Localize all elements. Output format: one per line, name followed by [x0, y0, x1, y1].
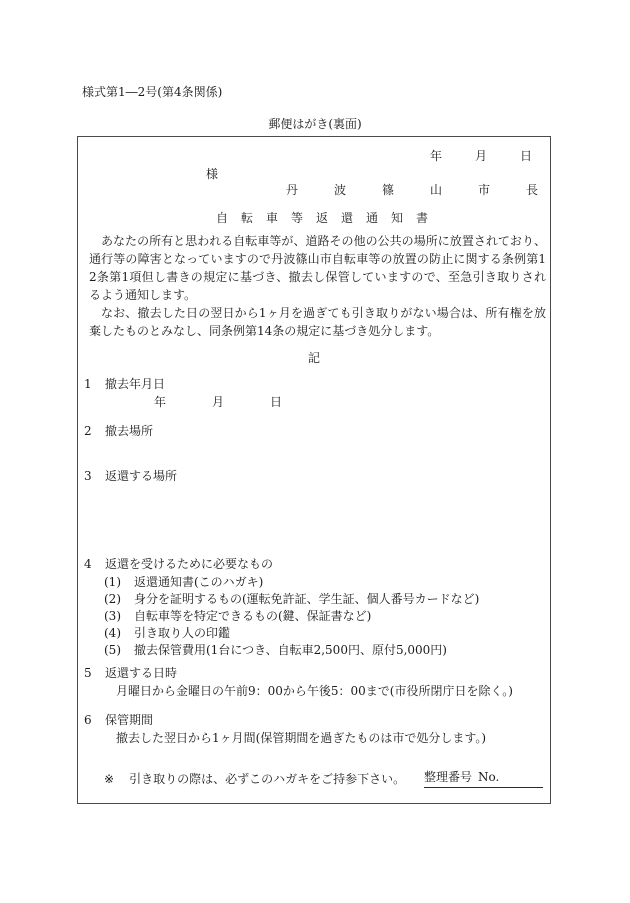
subitem-text: 引き取り人の印鑑: [134, 626, 230, 640]
removal-date-blank-line: 年月日: [154, 393, 282, 411]
item-label: 保管期間: [105, 713, 153, 727]
item-number: 5: [84, 664, 105, 682]
subitem-number: (5): [104, 641, 134, 659]
note-text: 引き取りの際は、必ずこのハガキをご持参下さい。: [129, 772, 405, 786]
required-subitem: (3)自転車等を特定できるもの(鍵、保証書など): [104, 607, 371, 625]
storage-period-detail: 撤去した翌日から1ヶ月間(保管期間を過ぎたものは市で処分します。): [116, 729, 486, 747]
notice-title: 自転車等返還通知書: [216, 209, 441, 227]
item-return-hours: 5返還する日時: [84, 664, 177, 682]
blank-year-label: 年: [154, 395, 166, 409]
reference-number-prefix: No.: [478, 770, 499, 784]
required-subitem: (2)身分を証明するもの(運転免許証、学生証、個人番号カードなど): [104, 590, 479, 608]
issue-month-label: 月: [475, 149, 487, 163]
subitem-text: 身分を証明するもの(運転免許証、学生証、個人番号カードなど): [134, 592, 479, 606]
item-number: 1: [84, 375, 105, 393]
item-storage-period: 6保管期間: [84, 711, 153, 729]
postcard-title: 郵便はがき(裏面): [0, 115, 630, 133]
notice-body-paragraph-1: あなたの所有と思われる自転車等が、道路その他の公共の場所に放置されており、通行等…: [89, 232, 546, 304]
required-subitem: (1)返還通知書(このハガキ): [104, 573, 263, 591]
required-subitem: (4)引き取り人の印鑑: [104, 624, 230, 642]
item-removal-place: 2撤去場所: [84, 422, 153, 440]
issue-day-label: 日: [520, 149, 532, 163]
issue-date-line: 年月日: [430, 147, 532, 165]
item-number: 4: [84, 555, 105, 573]
item-removal-date: 1撤去年月日: [84, 375, 165, 393]
sender-title-label: 丹波篠山市長: [286, 181, 574, 199]
subitem-number: (1): [104, 573, 134, 591]
subitem-text: 自転車等を特定できるもの(鍵、保証書など): [134, 609, 371, 623]
return-hours-detail: 月曜日から金曜日の午前9：00から午後5：00まで(市役所閉庁日を除く。): [116, 682, 513, 700]
item-number: 6: [84, 711, 105, 729]
item-label: 返還する日時: [105, 666, 177, 680]
blank-month-label: 月: [212, 395, 224, 409]
notice-body-paragraph-2: なお、撤去した日の翌日から1ヶ月を過ぎても引き取りがない場合は、所有権を放棄した…: [89, 304, 546, 340]
required-subitem: (5)撤去保管費用(1台につき、自転車2,500円、原付5,000円): [104, 641, 447, 659]
item-number: 2: [84, 422, 105, 440]
item-label: 撤去年月日: [105, 377, 165, 391]
blank-day-label: 日: [270, 395, 282, 409]
document-page: 様式第1―2号(第4条関係) 郵便はがき(裏面) 年月日 様 丹波篠山市長 自転…: [0, 0, 630, 903]
item-required-things: 4返還を受けるために必要なもの: [84, 555, 273, 573]
subitem-number: (2): [104, 590, 134, 608]
subitem-text: 撤去保管費用(1台につき、自転車2,500円、原付5,000円): [134, 643, 447, 657]
item-return-place: 3返還する場所: [84, 467, 177, 485]
reference-number-field: 整理番号No.: [424, 768, 543, 788]
form-number-label: 様式第1―2号(第4条関係): [82, 83, 222, 101]
reference-number-label: 整理番号: [424, 770, 472, 784]
item-number: 3: [84, 467, 105, 485]
issue-year-label: 年: [430, 149, 442, 163]
subitem-number: (3): [104, 607, 134, 625]
subitem-text: 返還通知書(このハガキ): [134, 575, 263, 589]
note-asterisk-marker: ※: [104, 770, 114, 788]
postcard-frame: 年月日 様 丹波篠山市長 自転車等返還通知書 あなたの所有と思われる自転車等が、…: [77, 136, 551, 804]
item-label: 返還する場所: [105, 469, 177, 483]
record-marker: 記: [78, 349, 550, 367]
subitem-number: (4): [104, 624, 134, 642]
addressee-suffix-label: 様: [206, 165, 218, 183]
item-label: 返還を受けるために必要なもの: [105, 557, 273, 571]
item-label: 撤去場所: [105, 424, 153, 438]
footer-note: ※引き取りの際は、必ずこのハガキをご持参下さい。: [104, 770, 405, 788]
